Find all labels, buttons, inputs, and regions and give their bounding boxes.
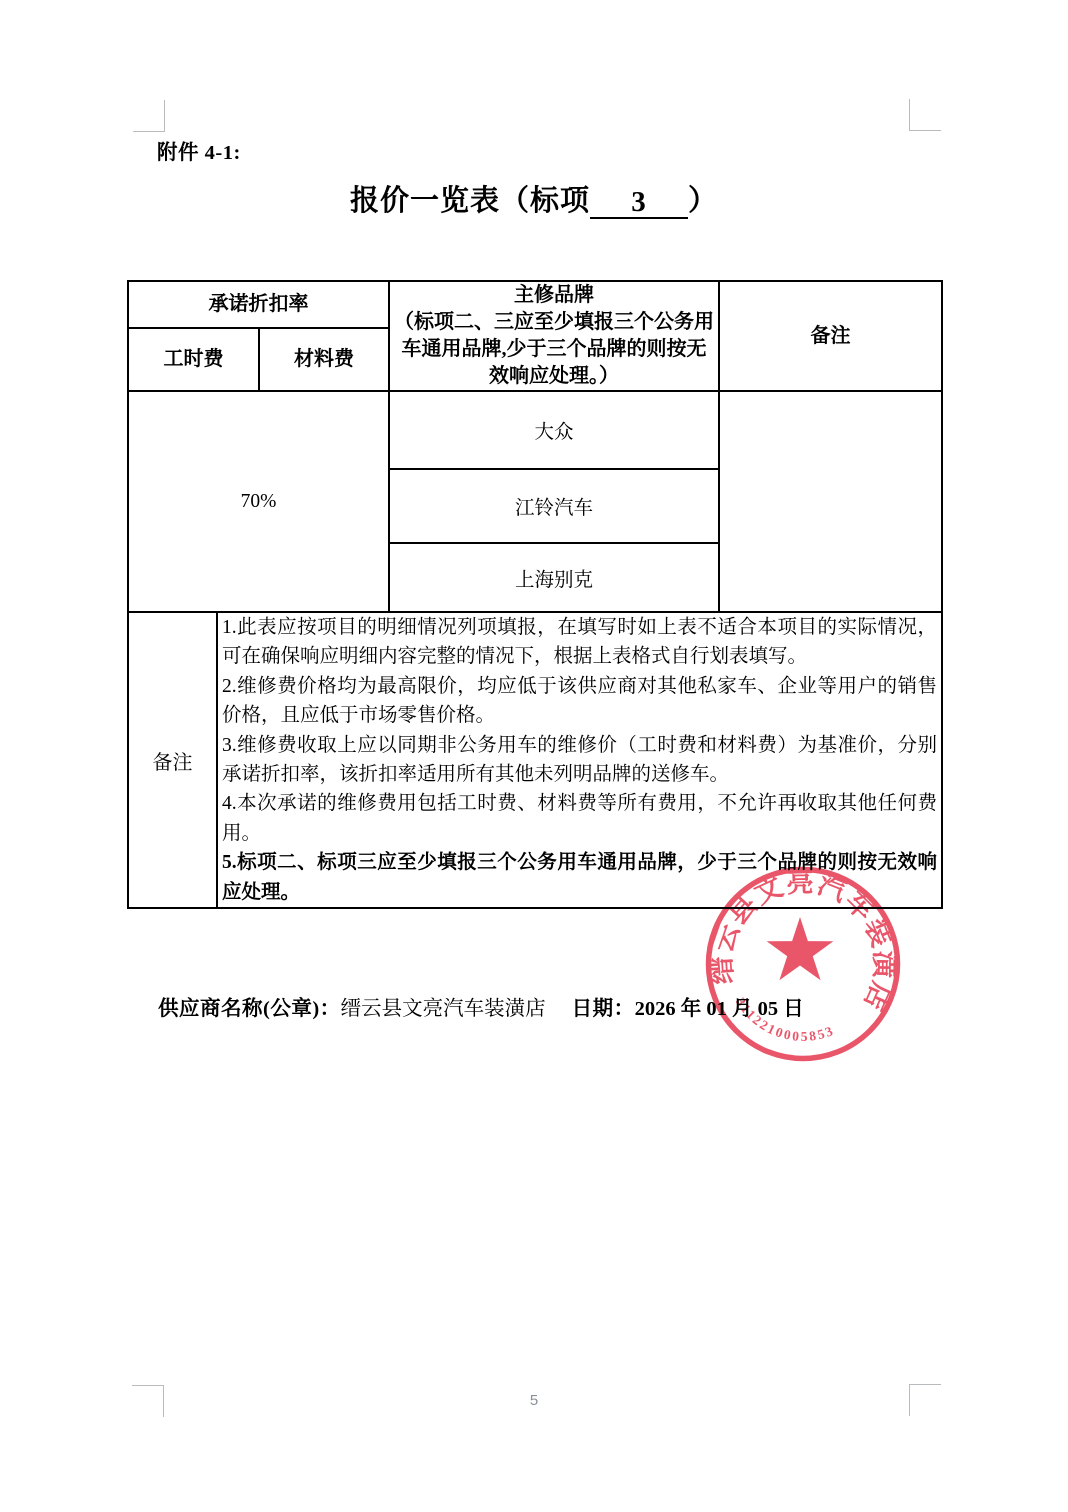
crop-mark-top-right xyxy=(909,99,941,131)
title-suffix: ） xyxy=(688,185,718,217)
header-main-brands-title: 主修品牌 xyxy=(394,282,714,309)
seal-number-text: 3112210005853 xyxy=(733,995,837,1044)
header-material-fee: 材料费 xyxy=(259,328,389,391)
discount-value-cell: 70% xyxy=(128,391,389,612)
brand-cell-2: 江铃汽车 xyxy=(389,469,719,543)
page-title: 报价一览表（标项3） xyxy=(0,178,1068,219)
note-item-3: 3.维修费收取上应以同期非公务用车的维修价（工时费和材料费）为基准价，分别承诺折… xyxy=(222,731,937,790)
supplier-name: 缙云县文亮汽车装潢店 xyxy=(341,998,546,1020)
supplier-label: 供应商名称(公章)： xyxy=(158,998,341,1020)
brand-cell-1: 大众 xyxy=(389,391,719,469)
header-discount-rate: 承诺折扣率 xyxy=(128,281,389,328)
title-prefix: 报价一览表（标项 xyxy=(350,185,590,217)
header-main-brands-note: （标项二、三应至少填报三个公务用车通用品牌,少于三个品牌的则按无效响应处理。） xyxy=(394,309,714,390)
table-row: 70% 大众 xyxy=(128,391,942,469)
brand-cell-3: 上海别克 xyxy=(389,543,719,612)
notes-label-cell: 备注 xyxy=(128,612,217,908)
note-item-2: 2.维修费价格均为最高限价，均应低于该供应商对其他私家车、企业等用户的销售价格，… xyxy=(222,672,937,731)
page-number: 5 xyxy=(0,1392,1068,1409)
remark-empty-cell xyxy=(719,391,942,612)
note-item-4: 4.本次承诺的维修费用包括工时费、材料费等所有费用，不允许再收取其他任何费用。 xyxy=(222,789,937,848)
quotation-table: 承诺折扣率 主修品牌 （标项二、三应至少填报三个公务用车通用品牌,少于三个品牌的… xyxy=(127,280,943,909)
header-labor-fee: 工时费 xyxy=(128,328,259,391)
title-bid-item-blank: 3 xyxy=(590,187,688,219)
seal-star-icon xyxy=(767,917,834,980)
date-label: 日期： xyxy=(572,998,635,1020)
crop-mark-top-left xyxy=(133,100,165,132)
note-item-1: 1.此表应按项目的明细情况列项填报，在填写时如上表不适合本项目的实际情况，可在确… xyxy=(222,613,937,672)
attachment-label: 附件 4-1: xyxy=(157,135,241,165)
table-row: 承诺折扣率 主修品牌 （标项二、三应至少填报三个公务用车通用品牌,少于三个品牌的… xyxy=(128,281,942,328)
header-remark: 备注 xyxy=(719,281,942,391)
company-seal-stamp: 缙云县文亮汽车装潢店 3112210005853 xyxy=(693,854,913,1074)
seal-company-text: 缙云县文亮汽车装潢店 xyxy=(700,854,913,1018)
header-main-brands: 主修品牌 （标项二、三应至少填报三个公务用车通用品牌,少于三个品牌的则按无效响应… xyxy=(389,281,719,391)
